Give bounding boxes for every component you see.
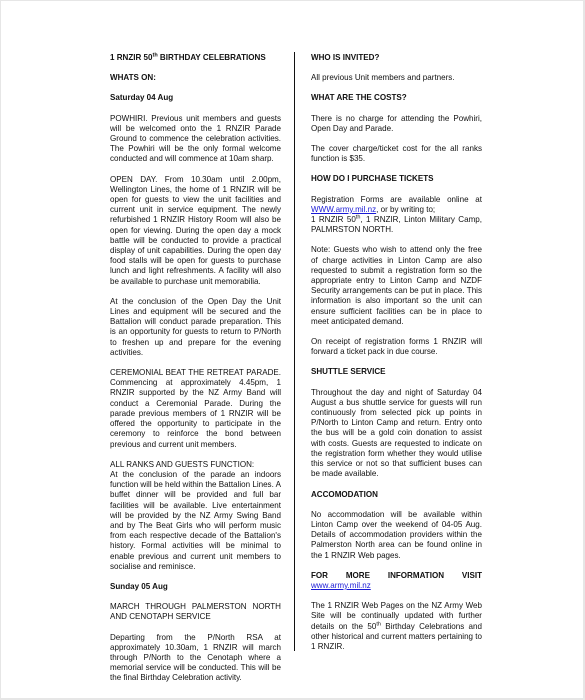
column-divider xyxy=(294,52,295,651)
shuttle-heading: SHUTTLE SERVICE xyxy=(311,367,482,377)
document-page: 1 RNZIR 50th BIRTHDAY CELEBRATIONS WHATS… xyxy=(1,1,583,698)
registration-paragraph: Registration Forms are available online … xyxy=(311,195,482,236)
who-invited-heading: WHO IS INVITED? xyxy=(311,53,482,63)
title-text: 1 RNZIR 50 xyxy=(110,53,152,62)
document-title: 1 RNZIR 50th BIRTHDAY CELEBRATIONS xyxy=(110,53,281,63)
address-text: 1 RNZIR 50 xyxy=(311,215,356,224)
sunday-heading: Sunday 05 Aug xyxy=(110,582,281,592)
costs-paragraph-2: The cover charge/ticket cost for the all… xyxy=(311,144,482,164)
ceremonial-paragraph: CEREMONIAL BEAT THE RETREAT PARADE. Comm… xyxy=(110,368,281,450)
tickets-heading: HOW DO I PURCHASE TICKETS xyxy=(311,174,482,184)
who-invited-paragraph: All previous Unit members and partners. xyxy=(311,73,482,83)
march-heading: MARCH THROUGH PALMERSTON NORTH AND CENOT… xyxy=(110,602,281,622)
army-website-link[interactable]: WWW.army.mil.nz xyxy=(311,205,376,214)
right-column: WHO IS INVITED? All previous Unit member… xyxy=(311,53,482,662)
powhiri-paragraph: POWHIRI. Previous unit members and guest… xyxy=(110,114,281,165)
whats-on-heading: WHATS ON: xyxy=(110,73,281,83)
all-ranks-paragraph: At the conclusion of the parade an indoo… xyxy=(110,470,281,572)
open-day-conclusion-paragraph: At the conclusion of the Open Day the Un… xyxy=(110,297,281,358)
registration-text-mid: , or by writing to; xyxy=(376,205,435,214)
title-text-end: BIRTHDAY CELEBRATIONS xyxy=(158,53,266,62)
note-paragraph: Note: Guests who wish to attend only the… xyxy=(311,245,482,327)
accommodation-paragraph: No accommodation will be available withi… xyxy=(311,510,482,561)
open-day-paragraph: OPEN DAY. From 10.30am until 2.00pm, Wel… xyxy=(110,175,281,287)
shuttle-paragraph: Throughout the day and night of Saturday… xyxy=(311,388,482,480)
more-info-block: FOR MORE INFORMATION VISITwww.army.mil.n… xyxy=(311,571,482,591)
more-info-heading: FOR MORE INFORMATION VISIT xyxy=(311,571,482,581)
web-pages-paragraph: The 1 RNZIR Web Pages on the NZ Army Web… xyxy=(311,601,482,652)
departing-paragraph: Departing from the P/North RSA at approx… xyxy=(110,633,281,684)
left-column: 1 RNZIR 50th BIRTHDAY CELEBRATIONS WHATS… xyxy=(110,53,281,694)
costs-heading: WHAT ARE THE COSTS? xyxy=(311,93,482,103)
all-ranks-heading: ALL RANKS AND GUESTS FUNCTION: xyxy=(110,460,281,470)
saturday-heading: Saturday 04 Aug xyxy=(110,93,281,103)
receipt-paragraph: On receipt of registration forms 1 RNZIR… xyxy=(311,337,482,357)
more-info-link[interactable]: www.army.mil.nz xyxy=(311,581,371,590)
registration-text: Registration Forms are available online … xyxy=(311,195,482,204)
accommodation-heading: ACCOMODATION xyxy=(311,490,482,500)
costs-paragraph-1: There is no charge for attending the Pow… xyxy=(311,114,482,134)
